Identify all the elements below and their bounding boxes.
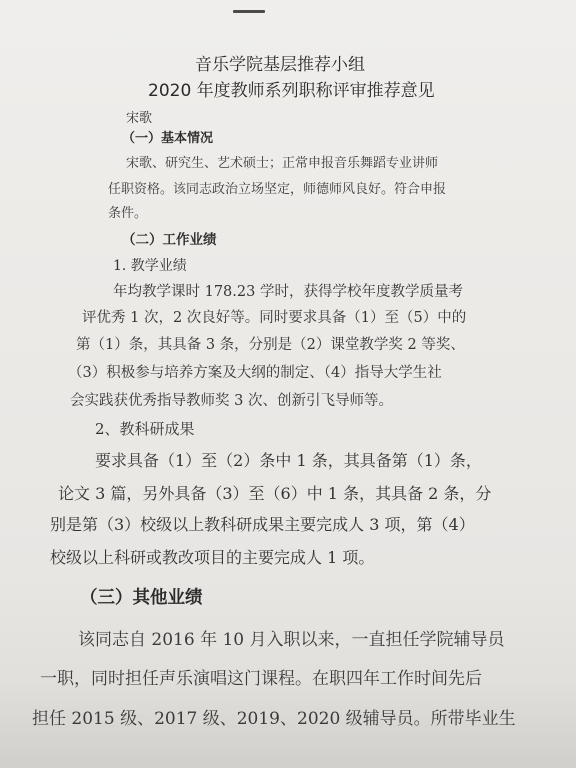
teaching-line: 第（1）条，其具备 3 条，分别是（2）课堂教学奖 2 等奖、 [76, 333, 465, 354]
document-page: 音乐学院基层推荐小组 2020 年度教师系列职称评审推荐意见 宋歌 （一）基本情… [0, 0, 576, 768]
research-line: 校级以上科研或教改项目的主要完成人 1 项。 [50, 545, 374, 568]
candidate-name: 宋歌 [126, 107, 152, 126]
teaching-line: （3）积极参与培养方案及大纲的制定、（4）指导大学生社 [68, 361, 442, 382]
basic-info-line: 条件。 [108, 202, 147, 221]
document-title-line2: 2020 年度教师系列职称评审推荐意见 [148, 76, 435, 101]
section-other-performance-heading: （三）其他业绩 [80, 584, 203, 609]
teaching-performance-heading: 1. 教学业绩 [113, 255, 187, 275]
other-performance-line: 该同志自 2016 年 10 月入职以来，一直担任学院辅导员 [78, 625, 505, 650]
section-work-performance-heading: （二）工作业绩 [122, 228, 217, 248]
document-title-line1: 音乐学院基层推荐小组 [195, 50, 365, 75]
teaching-line: 评优秀 1 次，2 次良好等。同时要求具备（1）至（5）中的 [82, 306, 466, 327]
basic-info-line: 宋歌、研究生、艺术硕士；正常申报音乐舞蹈专业讲师 [126, 152, 438, 171]
research-line: 要求具备（1）至（2）条中 1 条，其具备第（1）条， [95, 448, 482, 471]
research-results-heading: 2、教科研成果 [95, 418, 195, 439]
teaching-line: 会实践获优秀指导教师奖 3 次、创新引飞导师等。 [70, 389, 393, 410]
staple-mark [233, 10, 265, 13]
teaching-line: 年均教学课时 178.23 学时，获得学校年度教学质量考 [113, 280, 463, 301]
other-performance-line: 一职，同时担任声乐演唱这门课程。在职四年工作时间先后 [40, 664, 482, 689]
other-performance-line: 担任 2015 级、2017 级、2019、2020 级辅导员。所带毕业生 [32, 704, 516, 729]
basic-info-line: 任职资格。该同志政治立场坚定，师德师风良好。符合申报 [108, 178, 446, 197]
section-basic-info-heading: （一）基本情况 [122, 127, 213, 146]
research-line: 论文 3 篇，另外具备（3）至（6）中 1 条，其具备 2 条，分 [58, 481, 491, 504]
research-line: 别是第（3）校级以上教科研成果主要完成人 3 项，第（4） [50, 512, 475, 535]
